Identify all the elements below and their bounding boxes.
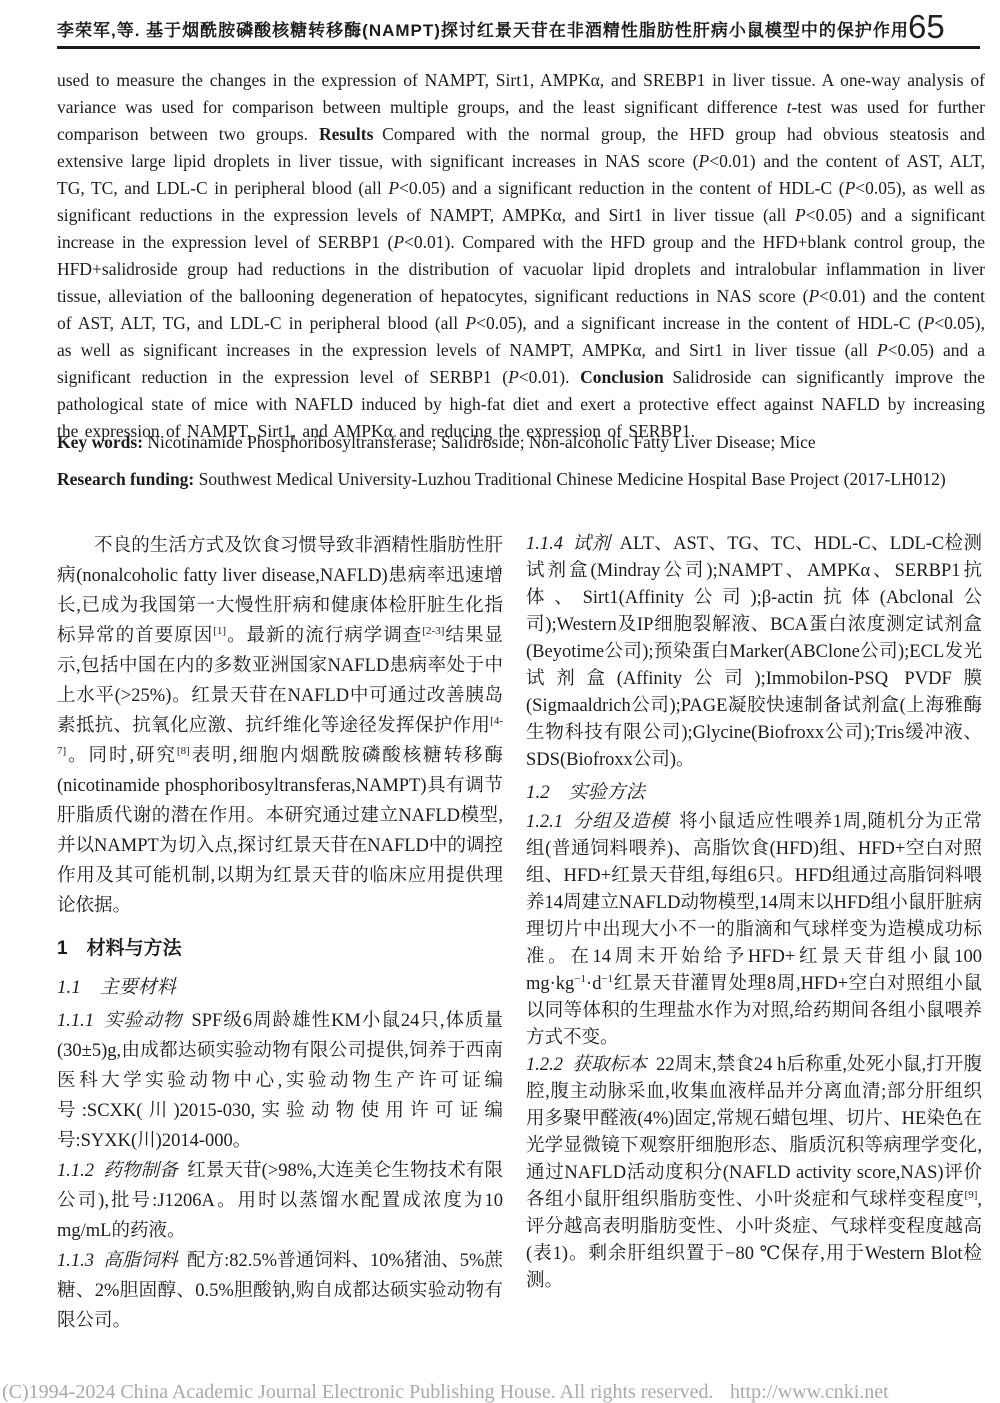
- right-column: 1.1.4 试剂 ALT、AST、TG、TC、HDL-C、LDL-C检测试剂盒(…: [526, 531, 982, 1295]
- text-run: P: [924, 313, 935, 333]
- reference-superscript: [2-3]: [422, 625, 444, 637]
- text-run: <0.05), and a significant increase in th…: [476, 313, 924, 333]
- text-run: <0.05) and a significant reduction in th…: [399, 178, 845, 198]
- reference-superscript: −1: [574, 973, 586, 985]
- text-run: 1.1.4 试剂: [526, 534, 610, 554]
- text-run: P: [465, 313, 476, 333]
- funding-label: Research funding:: [57, 469, 194, 489]
- text-run: P: [845, 178, 856, 198]
- paragraph: 1.2.1 分组及造模 将小鼠适应性喂养1周,随机分为正常组(普通饲料喂养)、高…: [526, 809, 982, 1052]
- left-column: 不良的生活方式及饮食习惯导致非酒精性脂肪性肝病(nonalcoholic fat…: [57, 531, 503, 1336]
- keywords-label: Key words:: [57, 432, 143, 452]
- text-run: Results: [319, 124, 373, 144]
- funding-line: Research funding: Southwest Medical Univ…: [57, 466, 985, 492]
- header-rule: [57, 46, 980, 49]
- reference-superscript: [9]: [965, 1189, 978, 1201]
- text-run: 1.1.2 药物制备: [57, 1161, 178, 1181]
- section-heading: 1 材料与方法: [57, 934, 503, 964]
- reference-superscript: −1: [601, 973, 613, 985]
- text-run: P: [699, 151, 710, 171]
- text-run: P: [877, 340, 888, 360]
- text-run: 表明,细胞内烟酰胺磷酸核糖转移酶(nicotinamide phosphorib…: [57, 746, 503, 916]
- keywords-line: Key words: Nicotinamide Phosphoribosyltr…: [57, 429, 985, 455]
- journal-page: 李荣军,等. 基于烟酰胺磷酸核糖转移酶(NAMPT)探讨红景天苷在非酒精性脂肪性…: [0, 0, 1000, 1403]
- text-run: P: [795, 205, 806, 225]
- text-run: ALT、AST、TG、TC、HDL-C、LDL-C检测试剂盒(Mindray公司…: [526, 534, 982, 770]
- paragraph: 1.1.1 实验动物 SPF级6周龄雄性KM小鼠24只,体质量(30±5)g,由…: [57, 1006, 503, 1156]
- reference-superscript: [8]: [177, 745, 190, 757]
- running-head-title: 李荣军,等. 基于烟酰胺磷酸核糖转移酶(NAMPT)探讨红景天苷在非酒精性脂肪性…: [57, 16, 900, 41]
- footer-copyright: (C)1994-2024 China Academic Journal Elec…: [2, 1381, 714, 1403]
- text-run: P: [808, 286, 819, 306]
- text-run: <0.01).: [519, 367, 580, 387]
- text-run: ·d: [586, 974, 601, 994]
- footer-url: http://www.cnki.net: [730, 1381, 889, 1403]
- paragraph: 1.1.2 药物制备 红景天苷(>98%,大连美仑生物技术有限公司),批号:J1…: [57, 1156, 503, 1246]
- paragraph: 1.2.2 获取标本 22周末,禁食24 h后称重,处死小鼠,打开腹腔,腹主动脉…: [526, 1052, 982, 1295]
- paragraph: 1.1.4 试剂 ALT、AST、TG、TC、HDL-C、LDL-C检测试剂盒(…: [526, 531, 982, 774]
- text-run: 1.1.3 高脂饲料: [57, 1251, 178, 1271]
- text-run: 1.2.2 获取标本: [526, 1055, 647, 1075]
- text-run: 。同时,研究: [66, 746, 177, 766]
- text-run: P: [388, 178, 399, 198]
- text-run: 。最新的流行病学调查: [226, 626, 422, 646]
- page-number: 65: [908, 10, 945, 43]
- reference-superscript: [1]: [213, 625, 226, 637]
- text-run: SPF级6周龄雄性KM小鼠24只,体质量(30±5)g,由成都达硕实验动物有限公…: [57, 1011, 503, 1151]
- text-run: Conclusion: [580, 367, 664, 387]
- section-heading: 1.1 主要材料: [57, 973, 503, 1003]
- abstract-continuation: used to measure the changes in the expre…: [57, 67, 985, 445]
- keywords-text: Nicotinamide Phosphoribosyltransferase; …: [147, 432, 815, 452]
- text-run: 22周末,禁食24 h后称重,处死小鼠,打开腹腔,腹主动脉采血,收集血液样品并分…: [526, 1055, 982, 1210]
- text-run: P: [508, 367, 519, 387]
- section-heading: 1.2 实验方法: [526, 779, 982, 806]
- text-run: 将小鼠适应性喂养1周,随机分为正常组(普通饲料喂养)、高脂饮食(HFD)组、HF…: [526, 812, 982, 994]
- text-run: P: [393, 232, 404, 252]
- funding-text: Southwest Medical University-Luzhou Trad…: [199, 469, 946, 489]
- paragraph: 1.1.3 高脂饲料 配方:82.5%普通饲料、10%猪油、5%蔗糖、2%胆固醇…: [57, 1246, 503, 1336]
- paragraph: 不良的生活方式及饮食习惯导致非酒精性脂肪性肝病(nonalcoholic fat…: [57, 531, 503, 921]
- text-run: 1.1.1 实验动物: [57, 1011, 182, 1031]
- text-run: 1.2.1 分组及造模: [526, 812, 669, 832]
